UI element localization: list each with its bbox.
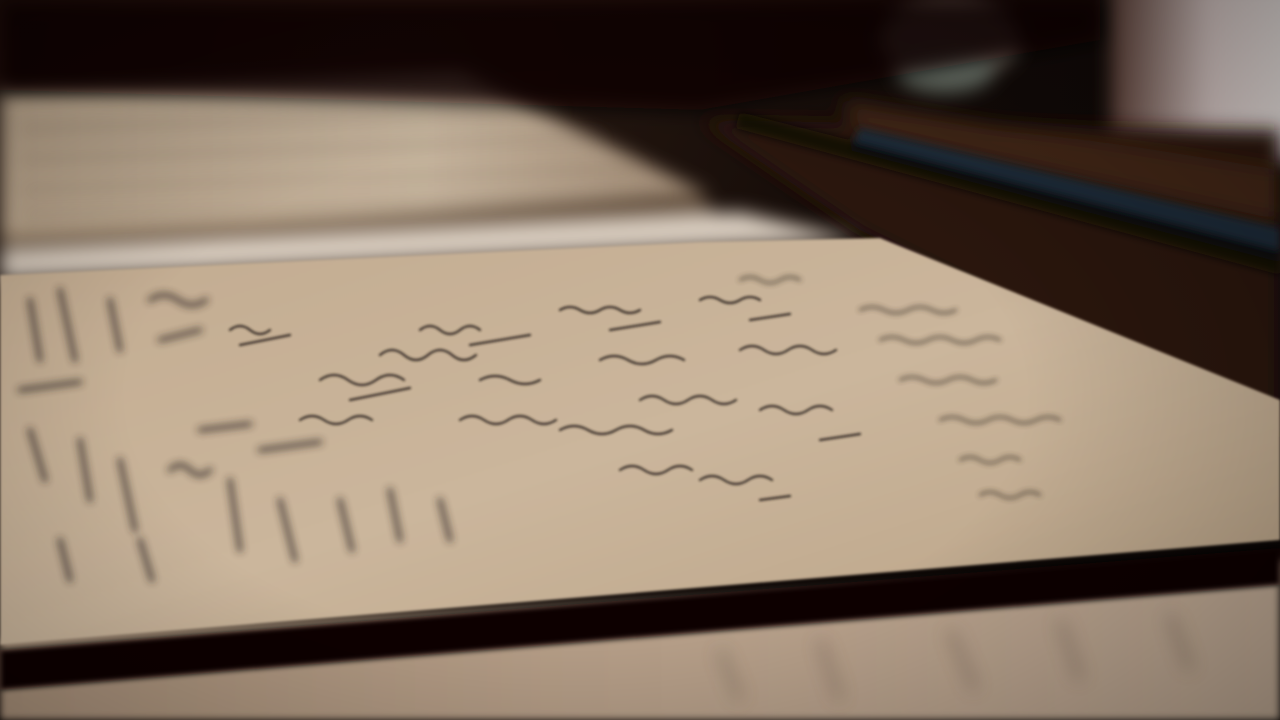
photo-scene [0,0,1280,720]
photo-illustration [0,0,1280,720]
